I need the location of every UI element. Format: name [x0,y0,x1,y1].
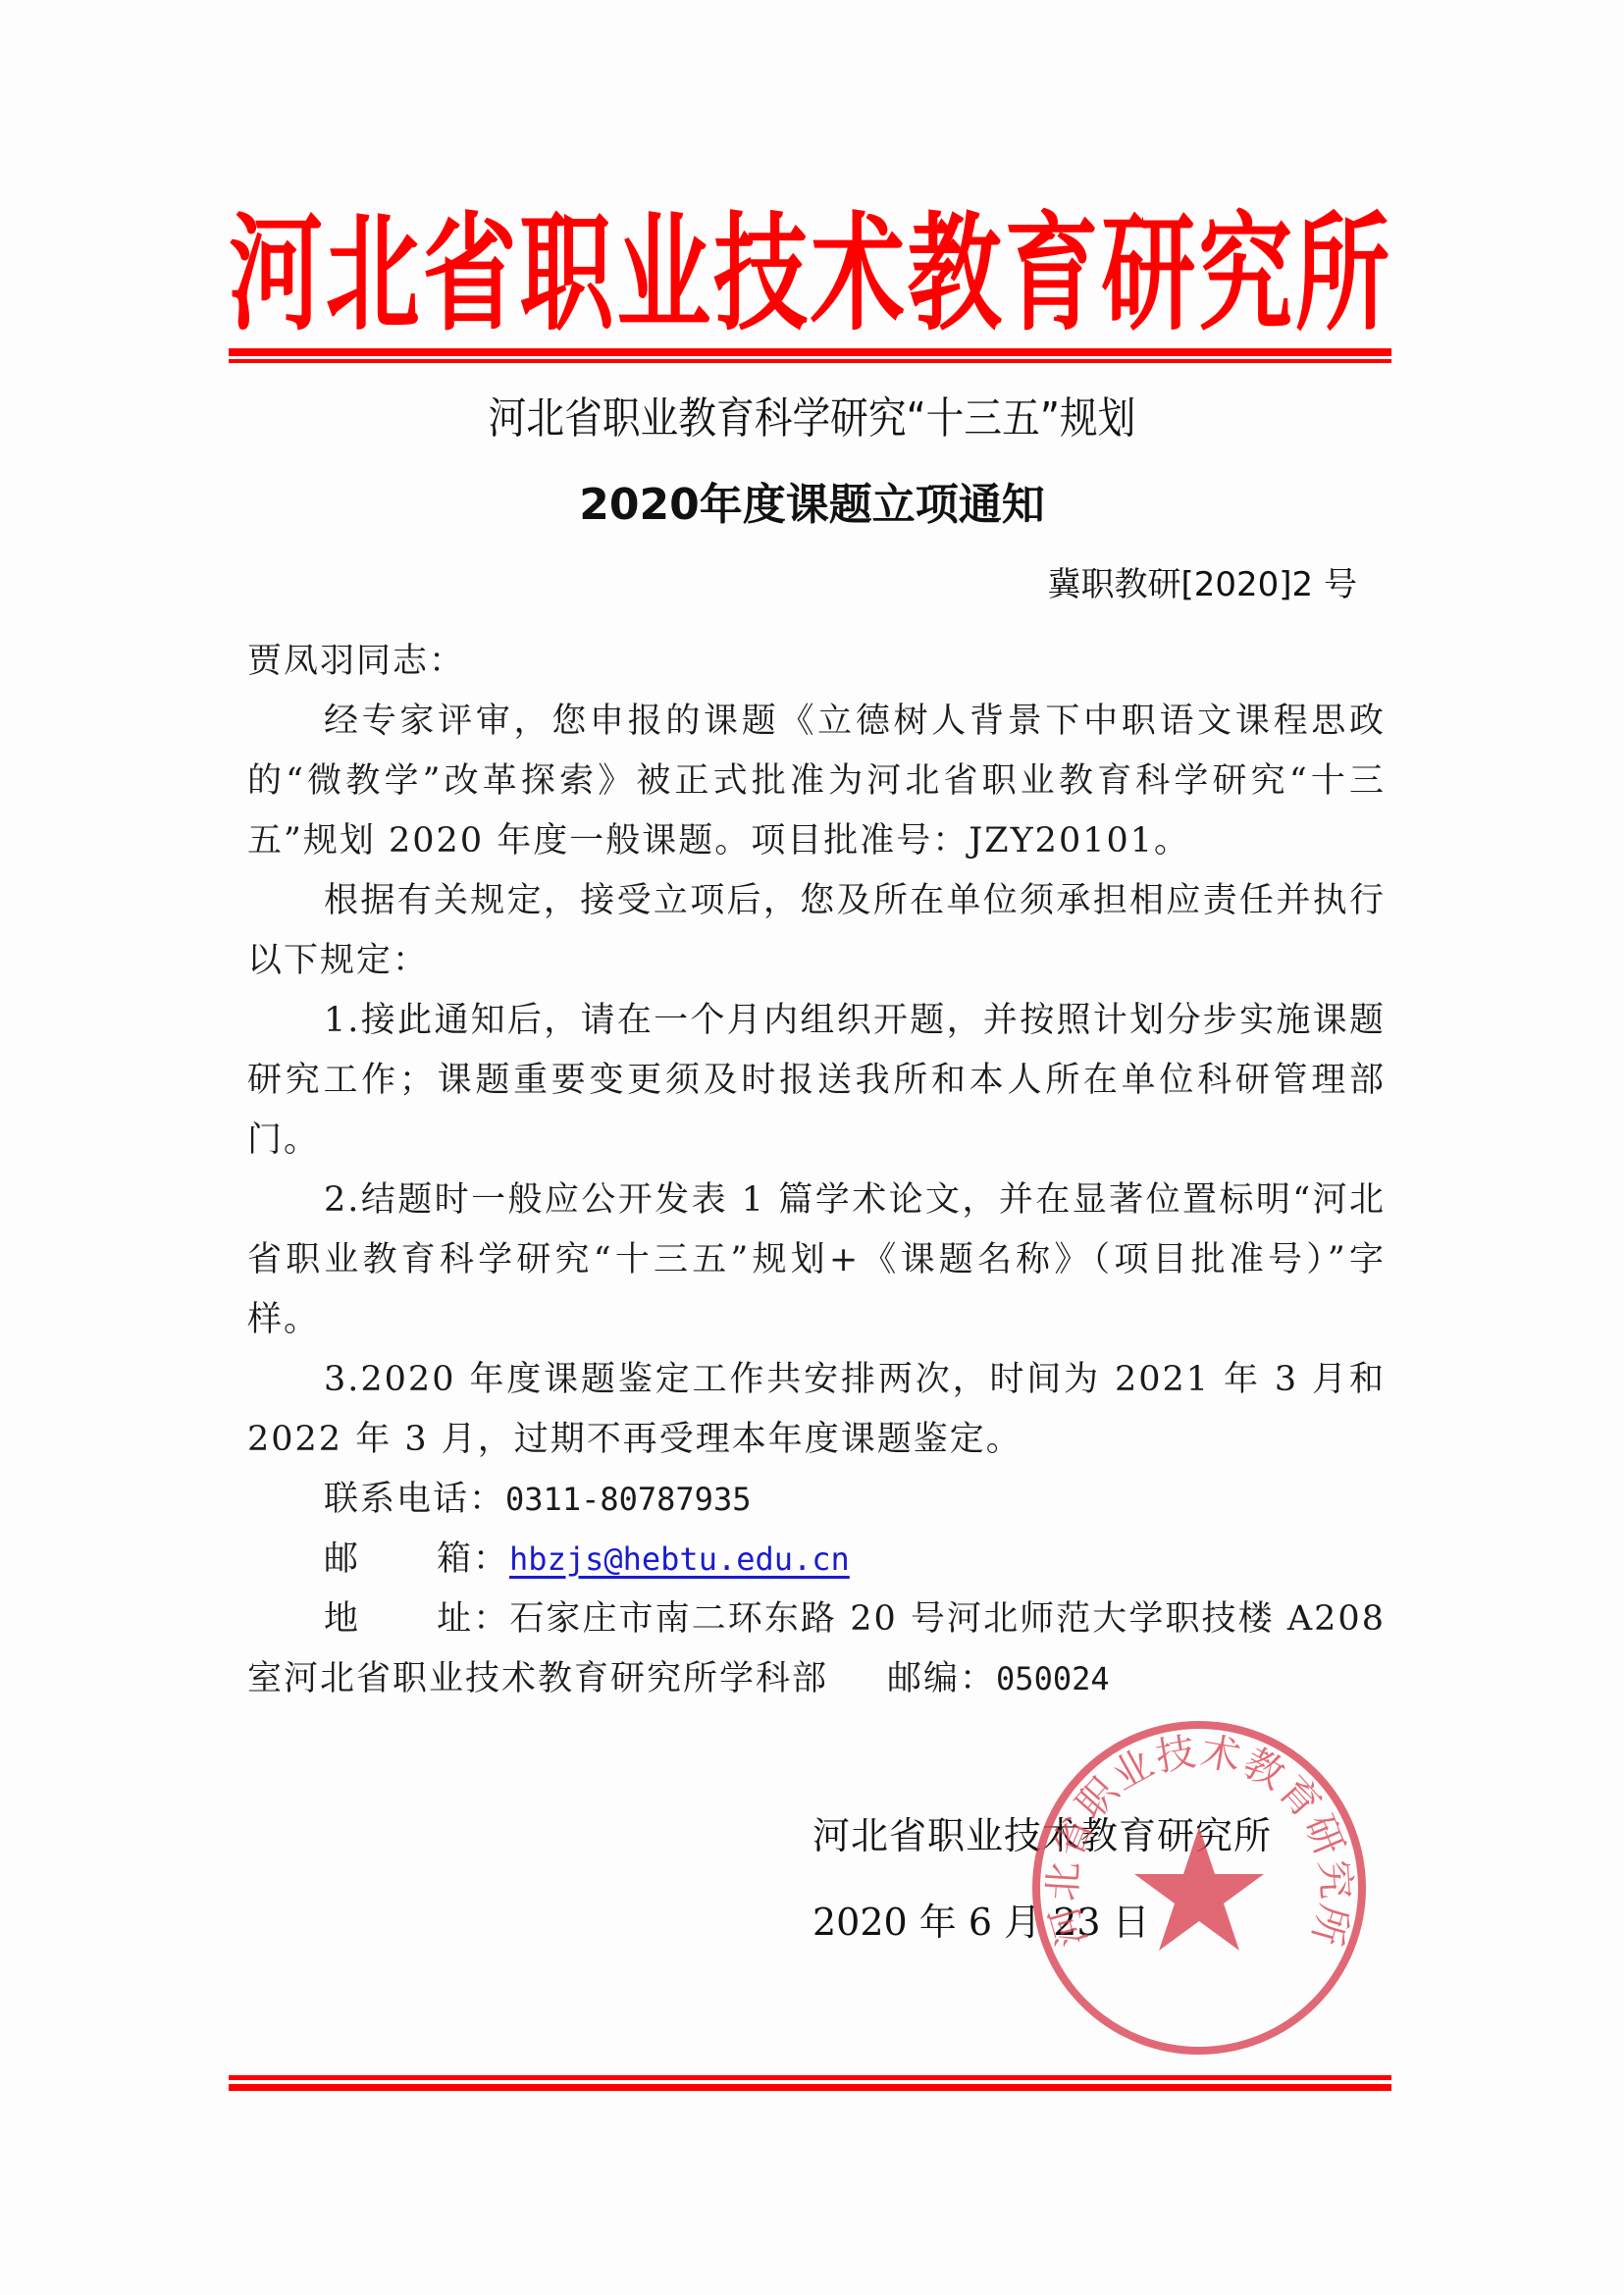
official-seal: 河北省职业技术教育研究所 [1028,1717,1370,2059]
paragraph-rule-2: 2.结题时一般应公开发表 1 篇学术论文，并在显著位置标明“河北省职业教育科学研… [247,1171,1386,1350]
contact-address: 地址：石家庄市南二环东路 20 号河北师范大学职技楼 A208 室河北省职业技术… [247,1590,1386,1709]
letter-body: 贾凤羽同志： 经专家评审，您申报的课题《立德树人背景下中职语文课程思政的“微教学… [247,632,1386,1709]
contact-email: 邮箱：hbzjs@hebtu.edu.cn [247,1530,1386,1590]
masthead: 河北省职业技术教育研究所 [229,214,1391,343]
signature-date: 2020 年 6 月 23 日 [812,1892,1150,1946]
postcode-label: 邮编： [887,1659,996,1698]
phone-value: 0311-80787935 [505,1481,751,1518]
document-number: 冀职教研[2020]2 号 [1048,557,1358,605]
masthead-rule-thick [229,348,1391,356]
contact-phone: 联系电话：0311-80787935 [247,1470,1386,1530]
footer-rule-thick [229,2084,1391,2091]
salutation: 贾凤羽同志： [247,632,1386,692]
address-value: 石家庄市南二环东路 20 号河北师范大学职技楼 A208 室河北省职业技术教育研… [247,1599,1386,1698]
seal-graphic: 河北省职业技术教育研究所 [1028,1717,1370,2059]
address-label-b: 址： [437,1599,509,1639]
postcode-value: 050024 [996,1660,1110,1697]
paragraph-rule-3: 3.2020 年度课题鉴定工作共安排两次，时间为 2021 年 3 月和 202… [247,1350,1386,1470]
phone-label: 联系电话： [324,1480,505,1519]
email-link[interactable]: hbzjs@hebtu.edu.cn [509,1540,850,1578]
masthead-org-name: 河北省职业技术教育研究所 [229,186,1391,361]
paragraph-approval: 经专家评审，您申报的课题《立德树人背景下中职语文课程思政的“微教学”改革探索》被… [247,692,1386,871]
document-title-line1: 河北省职业教育科学研究“十三五”规划 [97,383,1526,445]
footer-rule-thin [229,2075,1391,2080]
email-label-b: 箱： [437,1539,509,1579]
paragraph-rules-intro: 根据有关规定，接受立项后，您及所在单位须承担相应责任并执行以下规定： [247,871,1386,991]
address-label-a: 地 [324,1599,360,1639]
paragraph-rule-1: 1.接此通知后，请在一个月内组织开题，并按照计划分步实施课题研究工作；课题重要变… [247,991,1386,1171]
signature-org: 河北省职业技术教育研究所 [812,1805,1272,1859]
document-title-line2: 2020年度课题立项通知 [0,469,1624,532]
masthead-rule-thin [229,359,1391,363]
email-label-a: 邮 [324,1539,360,1579]
